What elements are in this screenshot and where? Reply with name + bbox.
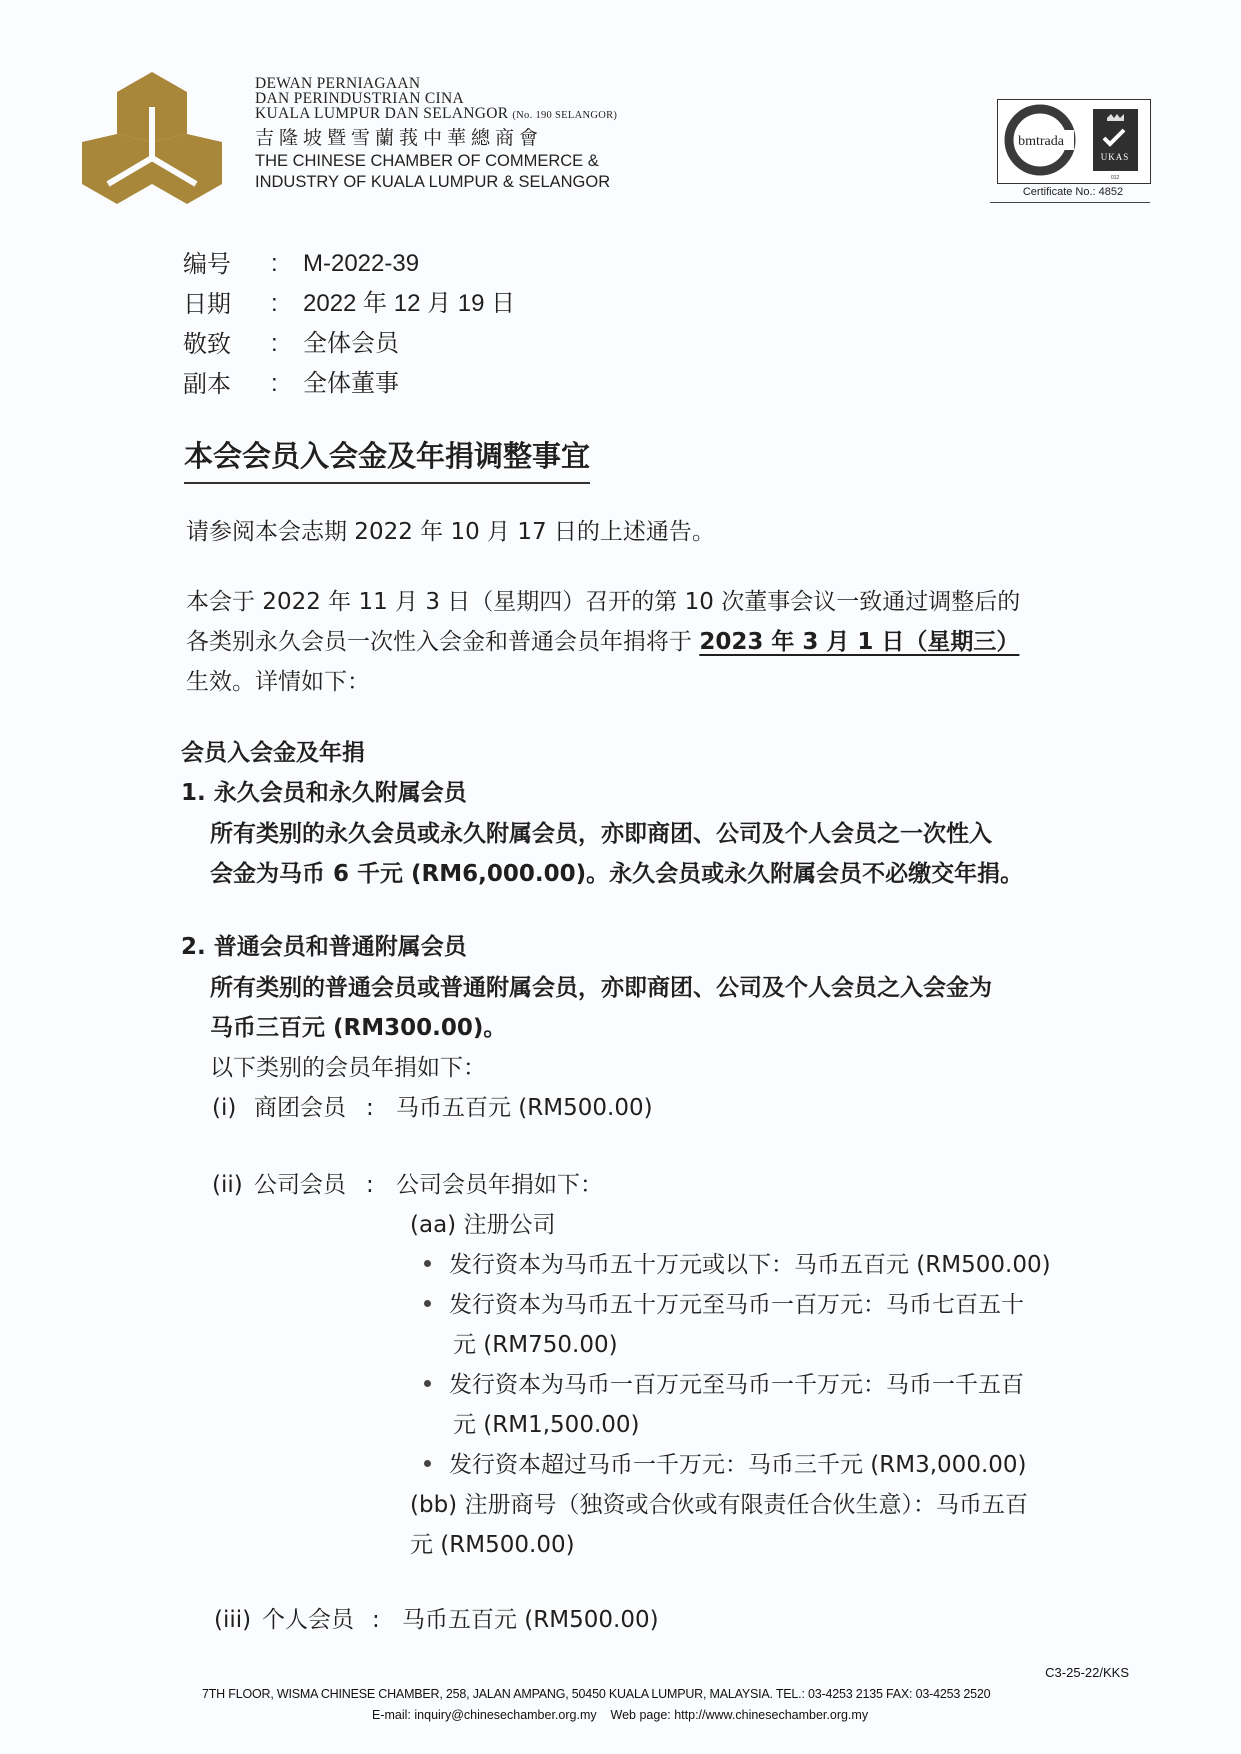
chamber-logo-icon [82, 72, 222, 212]
registered-company-heading: (aa) 注册公司 [410, 1205, 555, 1245]
item-2-line-1: 所有类别的普通会员或普通附属会员，亦即商团、公司及个人会员之入会金为 [210, 968, 992, 1008]
org-name-malay-line-3: KUALA LUMPUR DAN SELANGOR(No. 190 SELANG… [255, 106, 617, 123]
meta-value-to: 全体会员 [303, 324, 399, 364]
item-1-heading: 1. 永久会员和永久附属会员 [181, 773, 467, 813]
bullet-icon [424, 1460, 431, 1467]
org-name-chinese: 吉隆坡暨雪蘭莪中華總商會 [255, 125, 617, 151]
sub-item-label: 公司会员 [254, 1165, 366, 1205]
memo-meta-block: 编号 : M-2022-39 日期 : 2022 年 12 月 19 日 敬致 … [183, 244, 515, 404]
item-number: 2. [181, 934, 206, 960]
org-name-english-line-2: INDUSTRY OF KUALA LUMPUR & SELANGOR [255, 172, 617, 193]
certificate-divider [990, 202, 1150, 203]
org-name-malay-text: KUALA LUMPUR DAN SELANGOR [255, 105, 508, 122]
ukas-accreditation-icon: UKAS 012 [1093, 109, 1138, 181]
certification-badge: bmtrada UKAS 012 [997, 99, 1151, 184]
resolution-paragraph-line-3: 生效。详情如下： [186, 662, 370, 702]
company-fee-bullet-2-cont: 元 (RM750.00) [453, 1325, 618, 1365]
email-link[interactable]: inquiry@chinesechamber.org.my [414, 1708, 596, 1722]
resolution-text: 各类别永久会员一次性入会金和普通会员年捐将于 [186, 629, 699, 655]
meta-label: 敬致 [183, 324, 271, 364]
item-2-line-2: 马币三百元 (RM300.00)。 [210, 1008, 506, 1048]
bullet-text: 发行资本为马币五十万元至马币一百万元：马币七百五十 [449, 1292, 1024, 1318]
meta-colon: : [271, 324, 303, 364]
item-title: 普通会员和普通附属会员 [214, 934, 467, 960]
sub-item-value: 马币五百元 (RM500.00) [402, 1607, 659, 1633]
document-subject: 本会会员入会金及年捐调整事宜 [184, 436, 590, 484]
certificate-number: Certificate No.: 4852 [990, 186, 1156, 198]
footer-contact: E-mail: inquiry@chinesechamber.org.my We… [372, 1708, 868, 1722]
org-name-malay-line-2: DAN PERINDUSTRIAN CINA [255, 91, 617, 106]
registered-business-line-1: (bb) 注册商号（独资或合伙或有限责任合伙生意）：马币五百 [410, 1485, 1028, 1525]
bullet-text: 发行资本超过马币一千万元：马币三千元 (RM3,000.00) [449, 1452, 1027, 1478]
meta-row-cc: 副本 : 全体董事 [183, 364, 515, 404]
sub-item-i: (i)商团会员:马币五百元 (RM500.00) [212, 1088, 653, 1128]
bullet-text: 发行资本为马币五十万元或以下：马币五百元 (RM500.00) [449, 1252, 1051, 1278]
bullet-icon [424, 1300, 431, 1307]
footer-address: 7TH FLOOR, WISMA CHINESE CHAMBER, 258, J… [202, 1687, 990, 1701]
org-name-malay-line-1: DEWAN PERNIAGAAN [255, 76, 617, 91]
effective-date: 2023 年 3 月 1 日（星期三） [699, 629, 1019, 655]
item-2-line-3: 以下类别的会员年捐如下： [210, 1048, 486, 1088]
meta-label: 日期 [183, 284, 271, 324]
item-1-line-2: 会金为马币 6 千元 (RM6,000.00)。永久会员或永久附属会员不必缴交年… [210, 854, 1023, 894]
sub-item-ii: (ii)公司会员:公司会员年捐如下： [212, 1165, 603, 1205]
sub-item-marker: (iii) [214, 1600, 262, 1640]
meta-colon: : [271, 244, 303, 284]
company-fee-bullet-2: 发行资本为马币五十万元至马币一百万元：马币七百五十 [424, 1285, 1024, 1325]
meta-row-to: 敬致 : 全体会员 [183, 324, 515, 364]
company-fee-bullet-3-cont: 元 (RM1,500.00) [453, 1405, 640, 1445]
meta-row-reference: 编号 : M-2022-39 [183, 244, 515, 284]
item-1-line-1: 所有类别的永久会员或永久附属会员，亦即商团、公司及个人会员之一次性入 [210, 814, 992, 854]
company-fee-bullet-4: 发行资本超过马币一千万元：马币三千元 (RM3,000.00) [424, 1445, 1027, 1485]
meta-label: 副本 [183, 364, 271, 404]
bullet-icon [424, 1380, 431, 1387]
meta-value-reference: M-2022-39 [303, 244, 419, 284]
web-label: Web page: [611, 1708, 671, 1722]
meta-value-cc: 全体董事 [303, 364, 399, 404]
meta-colon: : [271, 364, 303, 404]
resolution-paragraph-line-2: 各类别永久会员一次性入会金和普通会员年捐将于 2023 年 3 月 1 日（星期… [186, 622, 1019, 662]
reference-code: C3-25-22/KKS [1045, 1665, 1129, 1680]
sub-item-colon: : [366, 1165, 396, 1205]
registration-number: (No. 190 SELANGOR) [512, 110, 617, 121]
resolution-paragraph-line-1: 本会于 2022 年 11 月 3 日（星期四）召开的第 10 次董事会议一致通… [186, 582, 1020, 622]
sub-item-marker: (i) [212, 1088, 254, 1128]
web-link[interactable]: http://www.chinesechamber.org.my [674, 1708, 868, 1722]
item-number: 1. [181, 780, 206, 806]
item-title: 永久会员和永久附属会员 [214, 780, 467, 806]
registered-business-line-2: 元 (RM500.00) [410, 1525, 575, 1565]
organization-name-block: DEWAN PERNIAGAAN DAN PERINDUSTRIAN CINA … [255, 76, 617, 193]
sub-item-label: 商团会员 [254, 1088, 366, 1128]
email-label: E-mail: [372, 1708, 411, 1722]
svg-text:UKAS: UKAS [1101, 152, 1130, 162]
meta-value-date: 2022 年 12 月 19 日 [303, 284, 515, 324]
bmtrada-certification-icon: bmtrada [1009, 109, 1074, 171]
sub-item-marker: (ii) [212, 1165, 254, 1205]
sub-item-value: 马币五百元 (RM500.00) [396, 1095, 653, 1121]
svg-text:012: 012 [1111, 175, 1120, 181]
sub-item-colon: : [366, 1088, 396, 1128]
meta-label: 编号 [183, 244, 271, 284]
item-2-heading: 2. 普通会员和普通附属会员 [181, 927, 467, 967]
sub-item-value: 公司会员年捐如下： [396, 1172, 603, 1198]
sub-item-colon: : [372, 1600, 402, 1640]
meta-colon: : [271, 284, 303, 324]
section-heading: 会员入会金及年捐 [181, 733, 365, 773]
sub-item-label: 个人会员 [262, 1600, 372, 1640]
company-fee-bullet-1: 发行资本为马币五十万元或以下：马币五百元 (RM500.00) [424, 1245, 1051, 1285]
bullet-icon [424, 1260, 431, 1267]
intro-paragraph: 请参阅本会志期 2022 年 10 月 17 日的上述通告。 [186, 512, 715, 552]
bullet-text: 发行资本为马币一百万元至马币一千万元：马币一千五百 [449, 1372, 1024, 1398]
meta-row-date: 日期 : 2022 年 12 月 19 日 [183, 284, 515, 324]
sub-item-iii: (iii)个人会员:马币五百元 (RM500.00) [214, 1600, 659, 1640]
svg-text:bmtrada: bmtrada [1018, 134, 1065, 149]
org-name-english-line-1: THE CHINESE CHAMBER OF COMMERCE & [255, 151, 617, 172]
company-fee-bullet-3: 发行资本为马币一百万元至马币一千万元：马币一千五百 [424, 1365, 1024, 1405]
